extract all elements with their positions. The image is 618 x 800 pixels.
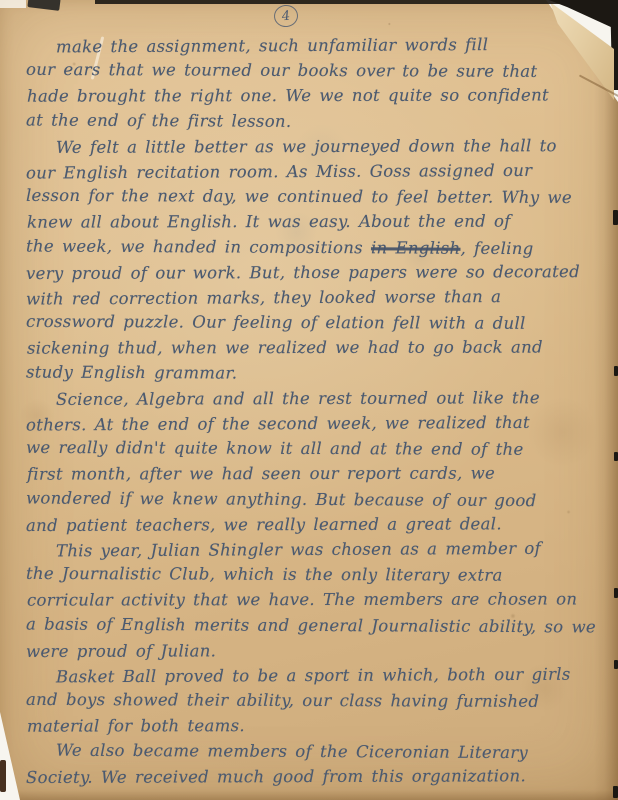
line-text: the week, we handed in compositions: [26, 236, 371, 257]
scanned-page: 4 make the assignment, such unfamiliar w…: [0, 0, 618, 800]
handwriting-line: sickening thud, when we realized we had …: [27, 335, 607, 361]
handwriting-line: were proud of Julian.: [26, 637, 606, 664]
handwriting-line: and patient teachers, we really learned …: [26, 511, 606, 538]
scan-edge-notch: [614, 366, 618, 376]
handwriting-line: Society. We received much good from this…: [26, 763, 606, 790]
handwriting-line: very proud of our work. But, those paper…: [26, 259, 606, 286]
scan-edge-notch: [613, 210, 618, 225]
handwriting-line: We felt a little better as we journeyed …: [26, 133, 606, 160]
scan-edge-notch: [614, 452, 618, 461]
handwriting-line: material for both teams.: [27, 713, 607, 739]
handwriting-line: study English grammar.: [26, 359, 606, 387]
page-bottom-shading: [0, 790, 618, 800]
line-text: , feeling: [460, 238, 533, 257]
handwriting-line: our ears that we tourned our books over …: [26, 57, 606, 84]
handwriting-line: corricular activity that we have. The me…: [27, 587, 607, 613]
handwriting-line: we really didn't quite know it all and a…: [26, 435, 606, 462]
handwriting-line: first month, after we had seen our repor…: [27, 461, 607, 487]
handwriting-line: our English recitation room. As Miss. Go…: [26, 157, 606, 185]
handwriting-line: others. At the end of the second week, w…: [26, 410, 606, 438]
handwriting-line: This year, Julian Shingler was chosen as…: [26, 536, 606, 564]
scan-edge-top: [95, 0, 560, 4]
handwriting-line: wondered if we knew anything. But becaus…: [26, 485, 606, 513]
page-number-circle: 4: [273, 4, 299, 28]
handwriting-line: hade brought the right one. We we not qu…: [27, 83, 607, 109]
handwriting-line: Science, Algebra and all the rest tourne…: [26, 385, 606, 412]
scan-edge-notch: [614, 588, 618, 598]
scan-edge-notch: [613, 786, 618, 798]
page-number: 4: [281, 8, 291, 24]
handwriting-line: a basis of English merits and general Jo…: [26, 611, 606, 639]
handwriting-line: make the assignment, such unfamiliar wor…: [26, 31, 606, 59]
handwriting-line: crossword puzzle. Our feeling of elation…: [26, 309, 606, 336]
handwriting-line: lesson for the next day, we continued to…: [26, 183, 606, 210]
scanner-background-top-left: [0, 0, 26, 8]
handwriting-line: knew all about English. It was easy. Abo…: [27, 209, 607, 235]
handwritten-text: make the assignment, such unfamiliar wor…: [26, 33, 606, 789]
handwriting-line: Basket Ball proved to be a sport in whic…: [26, 662, 606, 690]
struck-text: in English: [371, 238, 461, 257]
handwriting-line: the Journalistic Club, which is the only…: [26, 561, 606, 588]
handwriting-line: We also became members of the Ciceronian…: [26, 737, 606, 765]
scan-edge-notch: [614, 660, 618, 669]
handwriting-line: with red correction marks, they looked w…: [26, 284, 606, 312]
dark-mark-bottom-left: [0, 760, 6, 792]
handwriting-line: the week, we handed in compositions in E…: [26, 233, 606, 261]
handwriting-line: at the end of the first lesson.: [26, 107, 606, 135]
paper-sheet: 4 make the assignment, such unfamiliar w…: [0, 0, 618, 800]
handwriting-line: and boys showed their ability, our class…: [26, 687, 606, 714]
